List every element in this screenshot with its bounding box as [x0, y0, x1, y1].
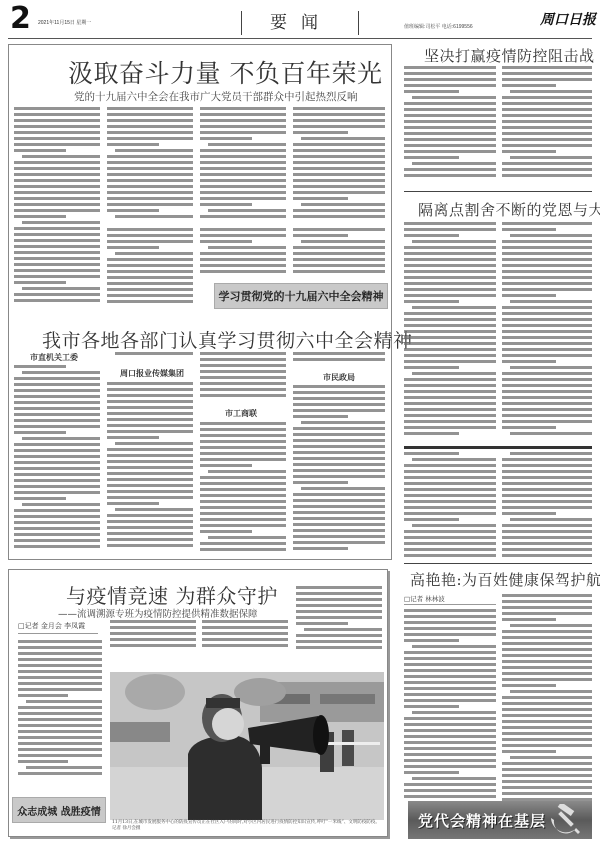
text-line [296, 622, 348, 625]
text-line [200, 197, 286, 200]
text-line [293, 397, 385, 400]
text-line [14, 119, 100, 122]
text-line [293, 451, 385, 454]
lead-text-col-2 [107, 107, 193, 225]
text-line [502, 354, 592, 357]
text-line [107, 466, 193, 469]
text-line [107, 448, 193, 451]
lead-text-col-3b [200, 228, 286, 278]
text-line [14, 131, 100, 134]
text-line [296, 640, 382, 643]
text-line [107, 125, 193, 128]
text-line [510, 624, 592, 627]
text-line [502, 330, 592, 333]
text-line [200, 434, 286, 437]
text-line [293, 409, 385, 412]
text-line [14, 455, 100, 458]
text-line [202, 638, 288, 641]
text-line [107, 240, 193, 243]
text-line [502, 120, 592, 123]
text-line [200, 464, 252, 467]
text-line [502, 108, 592, 111]
text-line [404, 348, 496, 351]
banner-label: 党代会精神在基层 [418, 810, 546, 831]
text-line [293, 457, 385, 460]
profile-headline[interactable]: 高艳艳:为百姓健康保驾护航 [410, 569, 600, 590]
text-line [502, 702, 592, 705]
text-line [115, 149, 193, 152]
text-line [107, 209, 159, 212]
text-line [14, 365, 66, 368]
text-line [404, 548, 496, 551]
section-title-1: 市直机关工委 [30, 352, 78, 363]
text-line [14, 239, 100, 242]
text-line [14, 257, 100, 260]
text-line [404, 675, 496, 678]
text-line [107, 478, 193, 481]
text-line [502, 780, 592, 783]
text-line [404, 512, 496, 515]
text-line [510, 366, 592, 369]
dept-headline[interactable]: 我市各地各部门认真学习贯彻六中全会精神 [42, 326, 413, 353]
text-line [14, 443, 100, 446]
text-line [18, 760, 68, 763]
text-line [107, 137, 193, 140]
text-line [404, 651, 496, 654]
text-line [502, 500, 592, 503]
epidemic-subhead: ——流调溯源专班为疫情防控提供精准数据保障 [58, 606, 258, 620]
text-line [404, 342, 496, 345]
text-line [200, 452, 286, 455]
dept-text-col-2a [107, 352, 193, 362]
text-line [502, 138, 592, 141]
text-line [502, 714, 592, 717]
text-line [502, 276, 592, 279]
text-line [200, 131, 286, 134]
text-line [510, 690, 592, 693]
text-line [107, 161, 193, 164]
text-line [412, 306, 496, 309]
text-line [502, 738, 592, 741]
text-line [14, 461, 100, 464]
section-title: 要闻 [270, 8, 332, 33]
text-line [200, 107, 286, 110]
text-line [14, 377, 100, 380]
text-line [502, 144, 592, 147]
text-line [18, 754, 102, 757]
text-line [404, 228, 496, 231]
text-line [502, 324, 592, 327]
text-line [293, 125, 385, 128]
text-line [510, 300, 592, 303]
text-line [293, 149, 385, 152]
text-line [293, 505, 385, 508]
text-line [18, 736, 102, 739]
text-line [200, 252, 286, 255]
text-line [404, 354, 496, 357]
text-line [107, 228, 193, 231]
lead-text-col-4b [293, 228, 385, 278]
text-line [107, 264, 193, 267]
text-line [502, 252, 592, 255]
text-line [404, 747, 496, 750]
text-line [412, 458, 496, 461]
text-line [107, 276, 193, 279]
text-line [200, 506, 286, 509]
text-line [107, 197, 193, 200]
text-line [200, 482, 286, 485]
text-line [510, 518, 592, 521]
text-line [404, 66, 496, 69]
text-line [404, 717, 496, 720]
text-line [404, 270, 496, 273]
text-line [510, 756, 592, 759]
text-line [404, 222, 496, 225]
text-line [412, 96, 496, 99]
editor-line: 值班编辑:司松平 电话:6199556 [404, 23, 473, 30]
text-line [404, 687, 496, 690]
text-line [404, 681, 496, 684]
text-line [404, 488, 496, 491]
text-line [502, 554, 592, 557]
epidemic-headline[interactable]: 与疫情竞速 为群众守护 [66, 580, 278, 609]
text-line [502, 174, 592, 177]
text-line [14, 185, 100, 188]
text-line [296, 646, 382, 649]
text-line [404, 669, 496, 672]
text-line [14, 143, 100, 146]
text-line [107, 173, 193, 176]
text-line [293, 445, 385, 448]
text-line [14, 251, 100, 254]
text-line [200, 113, 286, 116]
text-line [14, 245, 100, 248]
text-line [502, 612, 592, 615]
lead-subhead: 党的十九届六中全会在我市广大党员干部群众中引起热烈反响 [74, 89, 358, 104]
text-line [404, 108, 496, 111]
text-line [404, 426, 496, 429]
text-line [301, 240, 385, 243]
text-line [510, 234, 592, 237]
text-line [107, 270, 193, 273]
text-line [18, 694, 68, 697]
text-line [301, 421, 385, 424]
right-headline-1[interactable]: 坚决打赢疫情防控阻击战 [424, 45, 595, 66]
text-line [14, 533, 100, 536]
section-rule [404, 191, 592, 192]
text-line [110, 644, 196, 647]
text-line [18, 748, 102, 751]
text-line [404, 639, 459, 642]
text-line [404, 476, 496, 479]
text-line [502, 378, 592, 381]
text-line [404, 288, 496, 291]
text-line [502, 642, 592, 645]
text-line [510, 432, 592, 435]
text-line [202, 626, 288, 629]
text-line [293, 541, 385, 544]
text-line [502, 72, 592, 75]
text-line [107, 388, 193, 391]
text-line [18, 724, 102, 727]
right-headline-2[interactable]: 隔离点割舍不断的党恩与大爱 [418, 199, 600, 220]
text-line [200, 240, 252, 243]
text-line [107, 167, 193, 170]
text-line [502, 732, 592, 735]
text-line [200, 215, 286, 218]
text-line [107, 400, 193, 403]
text-line [200, 352, 286, 355]
text-line [296, 586, 382, 589]
text-line [502, 672, 592, 675]
text-line [502, 132, 592, 135]
text-line [293, 463, 385, 466]
text-line [293, 270, 385, 273]
text-line [18, 718, 102, 721]
text-line [502, 750, 556, 753]
dept-text-col-3a [200, 352, 286, 404]
text-line [14, 299, 100, 302]
text-line [14, 233, 100, 236]
text-line [404, 282, 496, 285]
text-line [404, 144, 496, 147]
text-line [293, 179, 385, 182]
text-line [14, 149, 66, 152]
text-line [296, 598, 382, 601]
text-line [293, 535, 385, 538]
text-line [502, 506, 592, 509]
text-line [107, 472, 193, 475]
text-line [404, 90, 459, 93]
text-line [107, 191, 193, 194]
text-line [14, 167, 100, 170]
text-line [107, 282, 193, 285]
text-line [107, 484, 193, 487]
text-line [110, 638, 196, 641]
text-line [14, 113, 100, 116]
text-line [502, 744, 592, 747]
text-line [107, 526, 193, 529]
text-line [115, 508, 193, 511]
text-line [18, 664, 102, 667]
text-line [404, 168, 496, 171]
text-line [18, 670, 102, 673]
text-line [502, 288, 592, 291]
text-line [18, 730, 102, 733]
text-line [18, 706, 102, 709]
right1-text-col-2 [502, 66, 592, 180]
text-line [404, 530, 496, 533]
text-line [502, 228, 556, 231]
text-line [293, 113, 385, 116]
text-line [293, 197, 348, 200]
text-line [404, 621, 496, 624]
text-line [202, 644, 288, 647]
text-line [107, 436, 159, 439]
text-line [404, 384, 496, 387]
text-line [296, 610, 382, 613]
text-line [502, 78, 592, 81]
text-line [115, 442, 193, 445]
text-line [404, 408, 496, 411]
divider [358, 11, 359, 35]
text-line [404, 729, 496, 732]
text-line [404, 783, 496, 786]
text-line [502, 420, 592, 423]
text-line [293, 143, 385, 146]
text-line [293, 517, 385, 520]
text-line [14, 419, 100, 422]
text-line [502, 600, 592, 603]
text-line [14, 107, 100, 110]
text-line [412, 777, 496, 780]
text-line [293, 173, 385, 176]
text-line [502, 774, 592, 777]
text-line [404, 312, 496, 315]
text-line [22, 437, 100, 440]
text-line [502, 102, 592, 105]
text-line [502, 548, 592, 551]
lead-text-col-4 [293, 107, 385, 225]
text-line [200, 179, 286, 182]
text-line [502, 618, 556, 621]
date-line: 2021年11月15日 星期一 [38, 19, 91, 26]
text-line [14, 545, 100, 548]
lead-text-col-2b [107, 228, 193, 308]
text-line [200, 125, 286, 128]
text-line [200, 382, 286, 385]
text-line [404, 336, 496, 339]
text-line [107, 288, 193, 291]
epidemic-text-col-1 [18, 640, 102, 780]
study-band: 学习贯彻党的十九届六中全会精神 [214, 283, 388, 309]
text-line [200, 548, 286, 551]
text-line [404, 420, 496, 423]
text-line [412, 240, 496, 243]
text-line [412, 372, 496, 375]
text-line [14, 527, 100, 530]
text-line [293, 547, 348, 550]
text-line [107, 382, 193, 385]
text-line [200, 370, 286, 373]
text-line [412, 162, 496, 165]
epidemic-text-col-2 [110, 620, 196, 652]
text-line [200, 137, 252, 140]
text-line [14, 467, 100, 470]
text-line [107, 119, 193, 122]
text-line [293, 246, 385, 249]
text-line [502, 258, 592, 261]
text-line [404, 765, 496, 768]
text-line [14, 209, 100, 212]
text-line [107, 544, 193, 547]
text-line [115, 352, 193, 355]
text-line [200, 264, 286, 267]
text-line [502, 542, 592, 545]
text-line [200, 358, 286, 361]
text-line [502, 726, 592, 729]
text-line [293, 475, 385, 478]
text-line [293, 228, 385, 231]
bottom-banner[interactable]: 党代会精神在基层 [408, 801, 592, 839]
section-rule-thick [404, 446, 592, 449]
text-line [14, 137, 100, 140]
text-line [502, 482, 592, 485]
text-line [22, 371, 100, 374]
text-line [14, 281, 66, 284]
text-line [107, 532, 193, 535]
text-line [110, 620, 196, 623]
text-line [107, 520, 193, 523]
text-line [200, 542, 286, 545]
text-line [14, 425, 100, 428]
text-line [412, 711, 496, 714]
text-line [404, 753, 496, 756]
text-line [107, 502, 159, 505]
text-line [200, 185, 286, 188]
text-line [404, 234, 459, 237]
text-line [107, 496, 193, 499]
text-line [404, 633, 496, 636]
section-title-4: 市民政局 [323, 372, 355, 383]
text-line [200, 388, 286, 391]
text-line [502, 792, 592, 795]
text-line [502, 372, 592, 375]
right1-text-col-1 [404, 66, 496, 180]
text-line [502, 708, 592, 711]
text-line [208, 536, 286, 539]
text-line [293, 391, 385, 394]
text-line [200, 524, 286, 527]
page-number: 2 [10, 3, 31, 35]
text-line [296, 604, 382, 607]
text-line [14, 161, 100, 164]
text-line [18, 682, 102, 685]
text-line [293, 161, 385, 164]
text-line [200, 167, 286, 170]
text-line [22, 287, 100, 290]
text-line [200, 512, 286, 515]
text-line [502, 96, 592, 99]
text-line [14, 401, 100, 404]
text-line [200, 518, 286, 521]
side-band: 众志成城 战胜疫情 [12, 797, 106, 823]
dept-text-col-4a [293, 352, 385, 368]
photo-scene-icon [110, 672, 384, 820]
text-line [510, 90, 592, 93]
text-line [200, 364, 286, 367]
text-line [107, 258, 193, 261]
text-line [404, 174, 496, 177]
text-line [293, 427, 385, 430]
text-line [107, 113, 193, 116]
lead-headline[interactable]: 汲取奋斗力量 不负百年荣光 [68, 54, 382, 90]
text-line [107, 490, 193, 493]
text-line [200, 458, 286, 461]
text-line [510, 452, 592, 455]
text-line [14, 485, 100, 488]
text-line [412, 524, 496, 527]
text-line [502, 464, 592, 467]
text-line [502, 282, 592, 285]
text-line [200, 234, 286, 237]
text-line [14, 515, 100, 518]
text-line [404, 464, 496, 467]
text-line [502, 470, 592, 473]
text-line [404, 378, 496, 381]
text-line [14, 293, 100, 296]
text-line [502, 336, 592, 339]
